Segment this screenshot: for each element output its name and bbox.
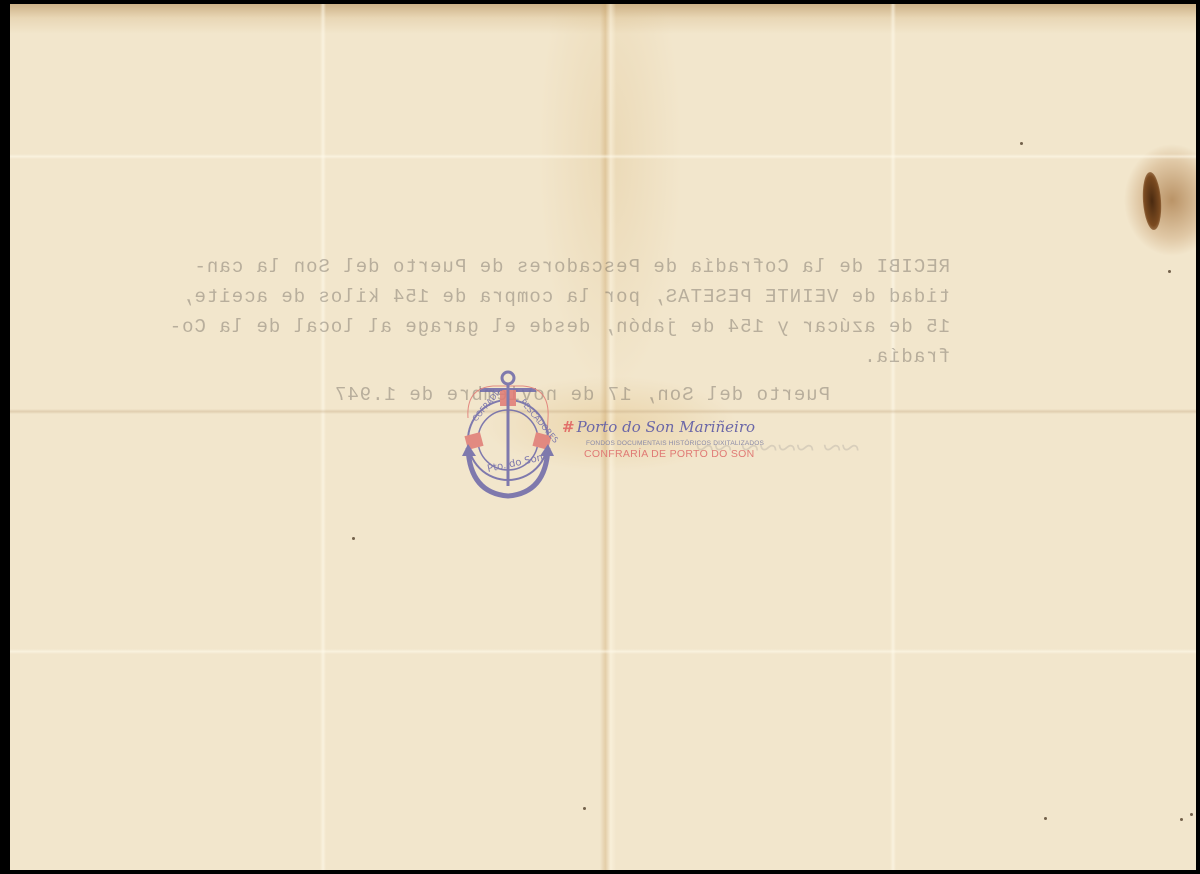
left-fold-line [320,4,326,870]
top-fold-line [10,154,1196,159]
hash-icon: # [562,418,575,436]
svg-text:Pto. do Son: Pto. do Son [486,452,544,475]
right-fold-line [890,4,896,870]
bottom-fold-line [10,649,1196,654]
archive-watermark: COFRADÍA PESCADORES Pto. do Son #Porto d… [458,368,758,508]
brand-name: #Porto do Son Mariñeiro [562,418,755,436]
organization-name: CONFRARÍA DE PORTO DO SON [584,448,754,460]
text-line: RECIBI de la Cofradía de Pescadores de P… [50,252,950,282]
anchor-lifebuoy-logo-icon: COFRADÍA PESCADORES Pto. do Son [458,368,558,503]
archive-subtitle: FONDOS DOCUMENTAIS HISTÓRICOS DIXITALIZA… [586,440,764,447]
text-line: 15 de azúcar y 154 de jabón, desde el ga… [50,312,950,342]
text-line: tidad de VEINTE PESETAS, por la compra d… [50,282,950,312]
